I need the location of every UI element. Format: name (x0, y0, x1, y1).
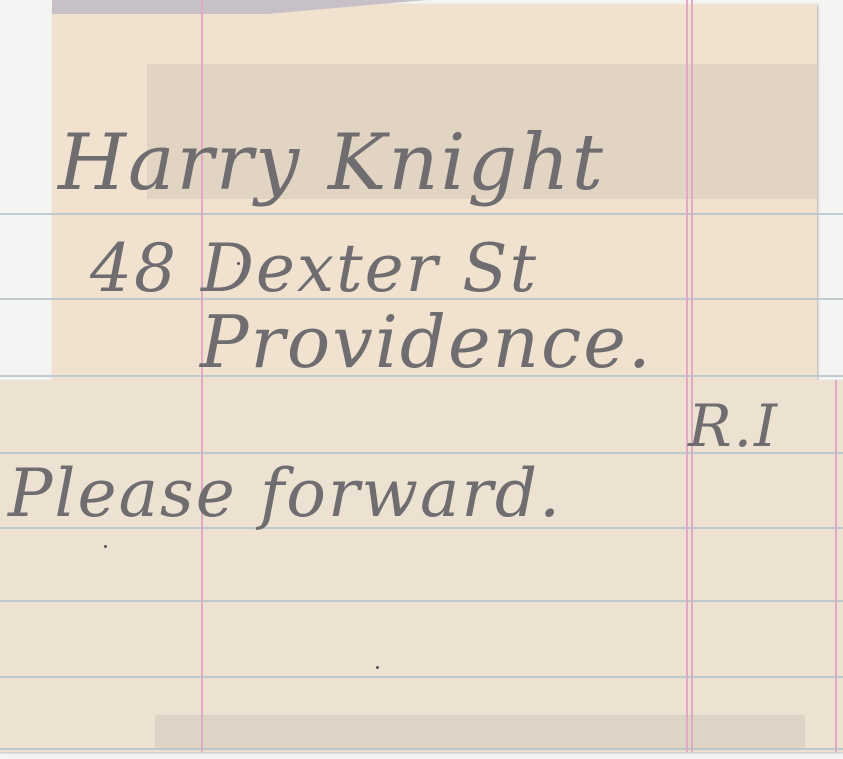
pencil-speck (104, 545, 107, 548)
paper-stain (155, 715, 805, 750)
ruled-line (0, 748, 843, 750)
ruled-line (0, 600, 843, 602)
ruled-line (0, 676, 843, 678)
ruled-line (0, 213, 843, 215)
handwritten-state: R.I (688, 392, 779, 460)
handwritten-name: Harry Knight (58, 118, 605, 208)
right-margin-line-double (691, 0, 693, 752)
handwritten-city: Providence. (200, 300, 653, 384)
pencil-speck (376, 666, 379, 669)
handwritten-instruction: Please forward. (8, 455, 562, 532)
handwritten-street: 48 Dexter St (90, 230, 538, 307)
right-margin-line (686, 0, 688, 752)
far-right-margin-line (835, 380, 837, 752)
pencil-speck (237, 262, 240, 265)
